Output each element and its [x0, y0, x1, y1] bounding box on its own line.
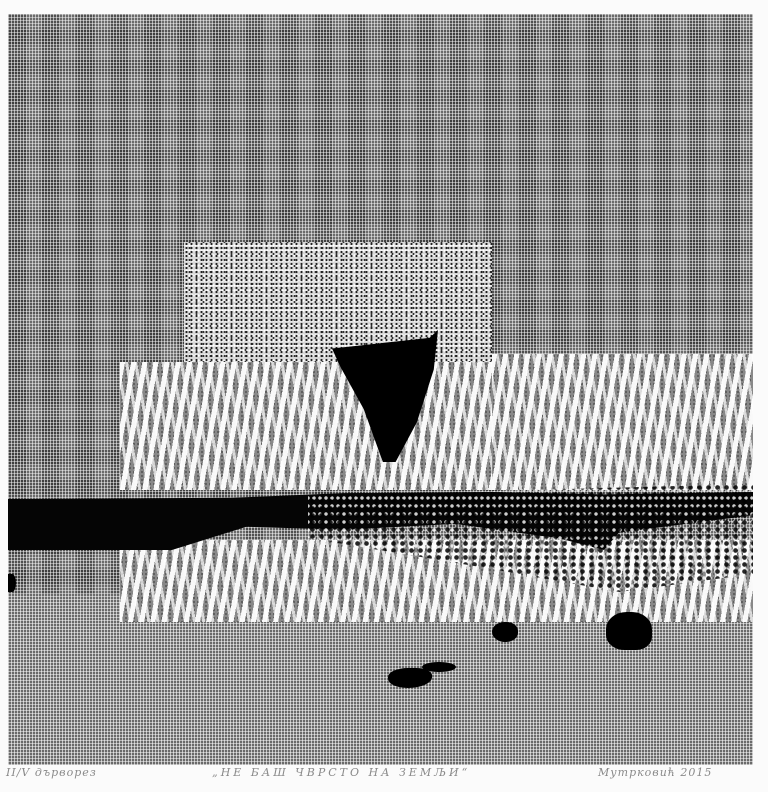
zigzag-band-upper-left [120, 362, 492, 490]
signature-inscription: Мутрковић 2015 [598, 766, 712, 779]
black-blob [8, 574, 16, 592]
edition-inscription: II/V дърворез [6, 766, 97, 779]
black-blob [422, 662, 456, 672]
black-blob [492, 622, 518, 642]
black-blob [606, 612, 652, 650]
title-inscription: „НЕ БАШ ЧВРСТО НА ЗЕМЉИ“ [212, 766, 470, 779]
zigzag-band-upper-right [492, 354, 753, 490]
woodcut-print [8, 14, 753, 765]
